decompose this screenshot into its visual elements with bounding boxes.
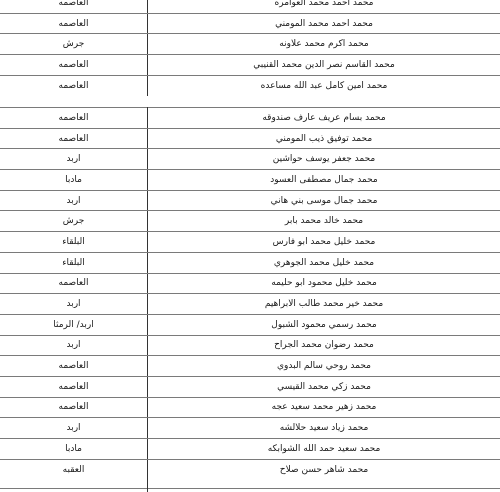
table-row: العاصمهمحمد روحي سالم البدوي [0, 356, 500, 377]
name-cell: محمد خليل محمد الجوهري [148, 253, 500, 273]
name-cell: محمد خير محمد طالب الابراهيم [148, 294, 500, 314]
table-row: العاصمهمحمد زهير محمد سعيد عجه [0, 398, 500, 419]
table-row: اربدمحمد خير محمد طالب الابراهيم [0, 294, 500, 315]
city-cell: العاصمه [0, 76, 147, 97]
name-cell: محمد رسمي محمود الشبول [148, 315, 500, 335]
name-cell: محمد خالد محمد بابر [148, 211, 500, 231]
table-block-1: العاصمه محمد احمد محمد العوامره العاصمه … [0, 0, 500, 96]
name-cell: محمد القاسم نصر الدين محمد القنيبي [148, 55, 500, 75]
city-cell: العاصمه [0, 129, 147, 149]
name-cell: محمد جمال موسى بني هاني [148, 191, 500, 211]
city-cell: اربد [0, 294, 147, 314]
city-cell: جرش [0, 34, 147, 54]
table-row: العقبهمحمد شاهر حسن صلاح [0, 460, 500, 481]
table-row: مادبامحمد سعيد حمد الله الشوابكه [0, 439, 500, 460]
table-row: مادبامحمد جمال مصطفى العسود [0, 170, 500, 191]
table-row: اربدمحمد جعفر يوسف حواشين [0, 149, 500, 170]
table-row: العاصمه محمد القاسم نصر الدين محمد القني… [0, 55, 500, 76]
name-cell: محمد امين كامل عبد الله مساعده [148, 76, 500, 97]
name-cell: محمد زهير محمد سعيد عجه [148, 398, 500, 418]
table-row: العاصمهمحمد بسام عريف عارف صندوقه [0, 108, 500, 129]
name-cell: محمد بسام عريف عارف صندوقه [148, 108, 500, 128]
name-cell: محمد جعفر يوسف حواشين [148, 149, 500, 169]
table-row: البلقاءمحمد خليل محمد الجوهري [0, 253, 500, 274]
bottom-border [0, 488, 500, 489]
city-cell: البلقاء [0, 253, 147, 273]
table-row: اربد/ الرمثامحمد رسمي محمود الشبول [0, 315, 500, 336]
table-row: اربدمحمد رضوان محمد الجراح [0, 336, 500, 357]
city-cell: العاصمه [0, 356, 147, 376]
name-cell: محمد احمد محمد المومني [148, 14, 500, 34]
table-row: العاصمهمحمد توفيق ذيب المومني [0, 129, 500, 150]
name-cell: محمد رضوان محمد الجراح [148, 336, 500, 356]
name-cell: محمد شاهر حسن صلاح [148, 460, 500, 481]
table-row: العاصمهمحمد زكي محمد القيسي [0, 377, 500, 398]
city-cell: اربد [0, 418, 147, 438]
name-cell: محمد توفيق ذيب المومني [148, 129, 500, 149]
table-row: العاصمه محمد احمد محمد العوامره [0, 0, 500, 14]
name-cell: محمد خليل محمد ابو فارس [148, 232, 500, 252]
city-cell: جرش [0, 211, 147, 231]
city-cell: العاصمه [0, 398, 147, 418]
city-cell: اربد [0, 191, 147, 211]
city-cell: مادبا [0, 439, 147, 459]
table-row: العاصمه محمد امين كامل عبد الله مساعده [0, 76, 500, 97]
table-row: العاصمهمحمد خليل محمود ابو حليمه [0, 274, 500, 295]
name-cell: محمد روحي سالم البدوي [148, 356, 500, 376]
city-cell: العاصمه [0, 14, 147, 34]
name-cell: محمد جمال مصطفى العسود [148, 170, 500, 190]
column-divider-stub [147, 488, 148, 492]
name-cell: محمد سعيد حمد الله الشوابكه [148, 439, 500, 459]
name-cell: محمد خليل محمود ابو حليمه [148, 274, 500, 294]
city-cell: العاصمه [0, 377, 147, 397]
city-cell: العاصمه [0, 108, 147, 128]
city-cell: العاصمه [0, 0, 147, 13]
table-row: العاصمه محمد احمد محمد المومني [0, 14, 500, 35]
city-cell: العاصمه [0, 55, 147, 75]
city-cell: اربد [0, 336, 147, 356]
table-row: اربدمحمد زياد سعيد حلالشه [0, 418, 500, 439]
name-cell: محمد اكرم محمد علاونه [148, 34, 500, 54]
city-cell: البلقاء [0, 232, 147, 252]
name-cell: محمد زكي محمد القيسي [148, 377, 500, 397]
table-block-2: العاصمهمحمد بسام عريف عارف صندوقه العاصم… [0, 108, 500, 480]
city-cell: اربد/ الرمثا [0, 315, 147, 335]
table-row: جرش محمد اكرم محمد علاونه [0, 34, 500, 55]
table-row: البلقاءمحمد خليل محمد ابو فارس [0, 232, 500, 253]
city-cell: العاصمه [0, 274, 147, 294]
name-cell: محمد احمد محمد العوامره [148, 0, 500, 13]
city-cell: اربد [0, 149, 147, 169]
city-cell: العقبه [0, 460, 147, 481]
table-row: اربدمحمد جمال موسى بني هاني [0, 191, 500, 212]
name-cell: محمد زياد سعيد حلالشه [148, 418, 500, 438]
city-cell: مادبا [0, 170, 147, 190]
table-row: جرشمحمد خالد محمد بابر [0, 211, 500, 232]
